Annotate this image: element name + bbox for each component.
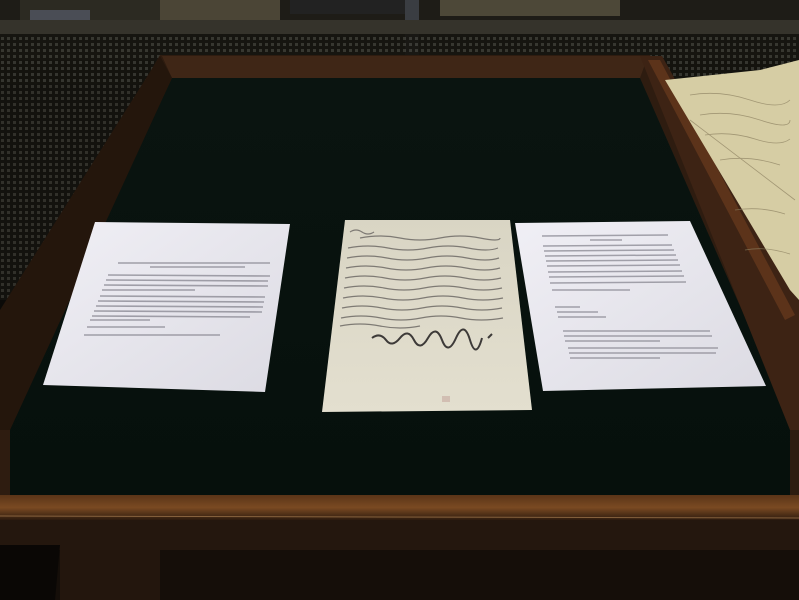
display-case-illustration <box>0 0 799 600</box>
photo-scene <box>0 0 799 600</box>
case-back-rail <box>162 56 648 78</box>
case-base <box>0 520 799 550</box>
center-handwritten-letter <box>322 220 532 412</box>
